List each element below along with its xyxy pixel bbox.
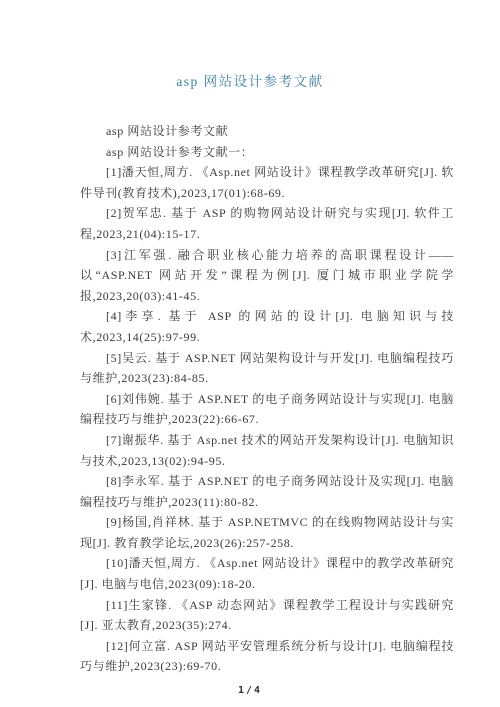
reference-item: [9]杨国,肖祥林. 基于 ASP.NETMVC 的在线购物网站设计与实现[J]… — [80, 512, 454, 553]
reference-item: [7]谢振华. 基于 Asp.net 技术的网站开发架构设计[J]. 电脑知识与… — [80, 430, 454, 471]
reference-item: [12]何立富. ASP 网站平安管理系统分析与设计[J]. 电脑编程技巧与维护… — [80, 636, 454, 677]
page-number-indicator: 1/4 — [238, 685, 262, 696]
document-subtitle: asp 网站设计参考文献 — [80, 121, 454, 142]
reference-item: [5]吴云. 基于 ASP.NET 网站架构设计与开发[J]. 电脑编程技巧与维… — [80, 348, 454, 389]
reference-item: [10]潘天恒,周方. 《Asp.net 网站设计》课程中的教学改革研究[J].… — [80, 553, 454, 594]
document-page: asp 网站设计参考文献 asp 网站设计参考文献 asp 网站设计参考文献一：… — [0, 0, 500, 707]
reference-item: [11]生家锋. 《ASP 动态网站》课程教学工程设计与实践研究[J]. 亚太教… — [80, 595, 454, 636]
reference-item: [1]潘天恒,周方. 《Asp.net 网站设计》课程教学改革研究[J]. 软件… — [80, 162, 454, 203]
document-body: asp 网站设计参考文献 asp 网站设计参考文献一： [1]潘天恒,周方. 《… — [0, 121, 500, 677]
page-title: asp 网站设计参考文献 — [0, 0, 500, 90]
reference-item: [2]贺军忠. 基于 ASP 的购物网站设计研究与实现[J]. 软件工程,202… — [80, 203, 454, 244]
reference-item: [8]李永军. 基于 ASP.NET 的电子商务网站设计及实现[J]. 电脑编程… — [80, 471, 454, 512]
reference-list: [1]潘天恒,周方. 《Asp.net 网站设计》课程教学改革研究[J]. 软件… — [80, 162, 454, 677]
reference-item: [4]李享. 基于 ASP 的网站的设计[J]. 电脑知识与技术,2023,14… — [80, 306, 454, 347]
page-footer: 1/4 — [0, 680, 500, 698]
reference-list-heading: asp 网站设计参考文献一： — [80, 142, 454, 163]
reference-item: [3]江军强. 融合职业核心能力培养的高职课程设计——以“ASP.NET 网站开… — [80, 245, 454, 307]
reference-item: [6]刘伟婉. 基于 ASP.NET 的电子商务网站设计与实现[J]. 电脑编程… — [80, 389, 454, 430]
